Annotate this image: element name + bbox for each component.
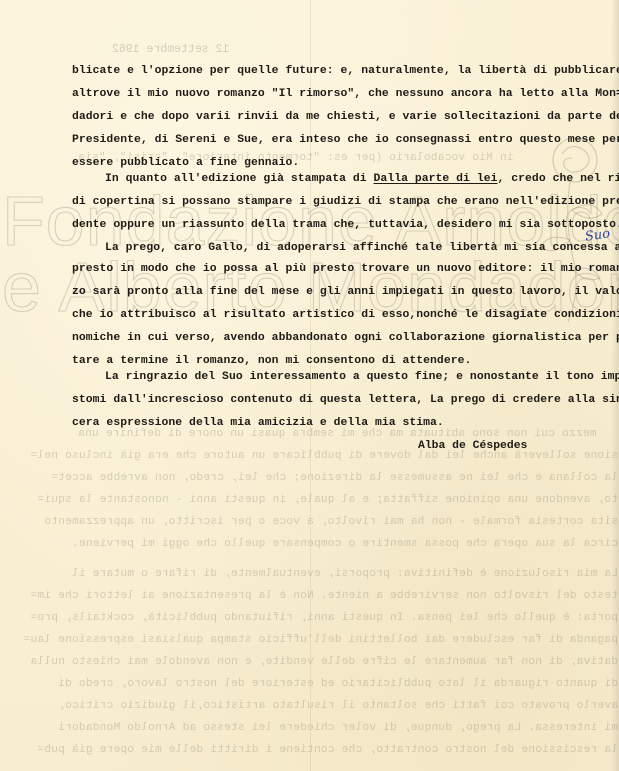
bleed-line: la rescissione del nostro contratto, che… (78, 744, 618, 756)
text-line: nomiche in cui verso, avendo abbandonato… (72, 332, 619, 344)
bleed-line: sita cortesia formale - non ha mai rivol… (78, 516, 618, 528)
bleed-line: la collana e che lei ne assumesse la dir… (78, 472, 618, 484)
text-line: In quanto all'edizione già stampata di D… (105, 173, 619, 185)
bleed-line: di quanto riguarda il lato pubblicitario… (78, 678, 618, 690)
bleed-line: mi interessa. La prego, dunque, di voler… (78, 722, 618, 734)
bleed-line: testo del risvolto non servirebbe a nien… (78, 590, 618, 602)
bleed-line: porta: è quello che lei pensa. In questi… (78, 612, 618, 624)
book-title-underlined: Dalla parte di lei (374, 173, 498, 185)
bleed-date: 12 settembre 1962 (112, 43, 229, 56)
bleed-line: La mia risoluzione è definitiva: propors… (78, 568, 618, 580)
text-line: blicate e l'opzione per quelle future: e… (72, 65, 619, 77)
bleed-line: mezzo cui non sono abituata ma che mi se… (78, 428, 618, 440)
text-line: dente oppure un riassunto della trama ch… (72, 219, 619, 231)
text-line: essere pubblicato a fine gennaio. (72, 157, 299, 169)
text-segment: , credo che nel risvolto (498, 173, 619, 185)
text-line: cera espressione della mia amicizia e de… (72, 417, 444, 429)
text-line: tare a termine il romanzo, non mi consen… (72, 355, 471, 367)
text-line: altrove il mio nuovo romanzo "Il rimorso… (72, 88, 619, 100)
text-line: La prego, caro Gallo, di adoperarsi affi… (105, 242, 619, 254)
bleed-line: to, avendone una opinione siffatta; e al… (78, 494, 618, 506)
bleed-line: paganda di far escludere dai bollettini … (78, 634, 618, 646)
text-line: stomi dall'increscioso contenuto di ques… (72, 394, 619, 406)
text-line: dadori e che dopo varii rinvii da me chi… (72, 111, 619, 123)
text-line: Presidente, di Sereni e Sue, era inteso … (72, 134, 619, 146)
text-line: zo sarà pronto alla fine del mese e gli … (72, 286, 619, 298)
text-line: di copertina si possano stampare i giudi… (72, 196, 619, 208)
text-segment: In quanto all'edizione già stampata di (105, 173, 374, 185)
signature: Alba de Céspedes (418, 440, 527, 452)
text-line: La ringrazio del Suo interessamento a qu… (105, 371, 619, 383)
text-line: presto in modo che io possa al più prest… (72, 263, 619, 275)
text-line: che io attribuisco al risultato artistic… (72, 309, 619, 321)
bleed-line: sione solleverà anche lei dal dovere di … (78, 450, 618, 462)
bleed-line: circa la sua opera che possa smentire o … (78, 538, 618, 550)
bleed-line: averlo provato coi fatti che soltanto il… (78, 700, 618, 712)
bleed-line: dativa, di non far aumentare le cifre de… (78, 656, 618, 668)
